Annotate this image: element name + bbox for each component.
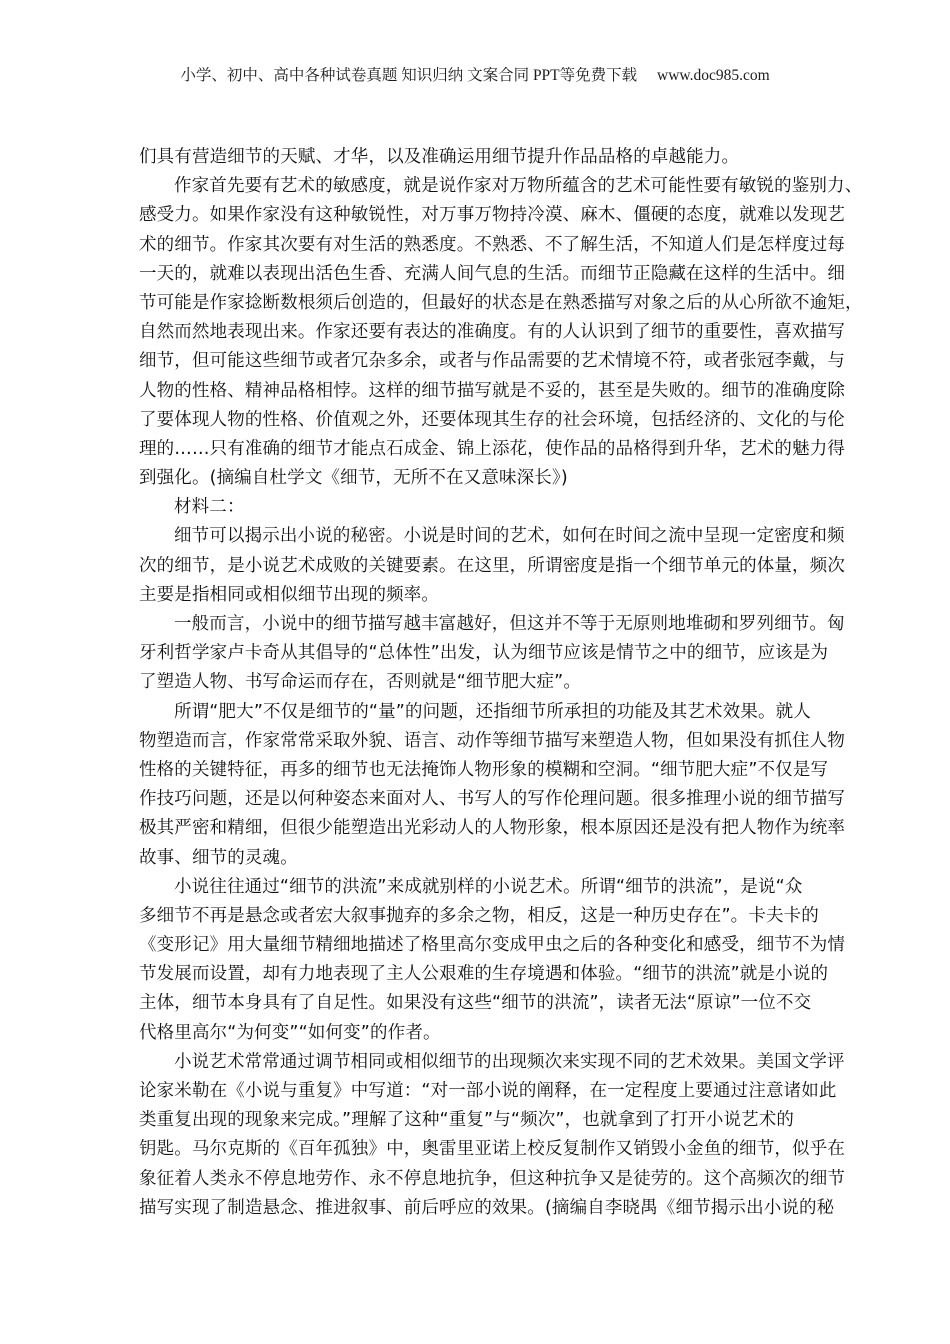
page-header-watermark: 小学、初中、高中各种试卷真题 知识归纳 文案合同 PPT等免费下载 www.do… — [0, 64, 950, 88]
header-site-url: www.doc985.com — [657, 64, 770, 88]
text-line: 次的细节，是小说艺术成败的关键要素。在这里，所谓密度是指一个细节单元的体量，频次 — [139, 552, 851, 581]
text-line: 描写实现了制造悬念、推进叙事、前后呼应的效果。(摘编自李晓禺《细节揭示出小说的秘 — [139, 1194, 851, 1223]
document-page: 小学、初中、高中各种试卷真题 知识归纳 文案合同 PPT等免费下载 www.do… — [0, 0, 950, 1344]
text-line: 节发展而设置，却有力地表现了主人公艰难的生存境遇和体验。“细节的洪流”就是小说的 — [139, 960, 851, 989]
text-line: 自然而然地表现出来。作家还要有表达的准确度。有的人认识到了细节的重要性，喜欢描写 — [139, 318, 851, 347]
text-line: 们具有营造细节的天赋、才华，以及准确运用细节提升作品品格的卓越能力。 — [139, 143, 851, 172]
text-line: 极其严密和精细，但很少能塑造出光彩动人的人物形象，根本原因还是没有把人物作为统率 — [139, 814, 851, 843]
text-line: 到强化。(摘编自杜学文《细节，无所不在又意味深长》) — [139, 464, 851, 493]
text-line: 性格的关键特征，再多的细节也无法掩饰人物形象的模糊和空洞。“细节肥大症”不仅是写 — [139, 756, 851, 785]
text-line: 细节可以揭示出小说的秘密。小说是时间的艺术，如何在时间之流中呈现一定密度和频 — [139, 522, 851, 551]
text-line: 钥匙。马尔克斯的《百年孤独》中，奥雷里亚诺上校反复制作又销毁小金鱼的细节，似乎在 — [139, 1135, 851, 1164]
text-line: 代格里高尔“为何变”“如何变”的作者。 — [139, 1019, 851, 1048]
text-line: 小说往往通过“细节的洪流”来成就别样的小说艺术。所谓“细节的洪流”，是说“众 — [139, 873, 851, 902]
text-line: 主体，细节本身具有了自足性。如果没有这些“细节的洪流”，读者无法“原谅”一位不交 — [139, 989, 851, 1018]
text-line: 小说艺术常常通过调节相同或相似细节的出现频次来实现不同的艺术效果。美国文学评 — [139, 1048, 851, 1077]
text-line: 一般而言，小说中的细节描写越丰富越好，但这并不等于无原则地堆砌和罗列细节。匈 — [139, 610, 851, 639]
text-line: 了要体现人物的性格、价值观之外，还要体现其生存的社会环境，包括经济的、文化的与伦 — [139, 406, 851, 435]
text-line: 牙利哲学家卢卡奇从其倡导的“总体性”出发，认为细节应该是情节之中的细节，应该是为 — [139, 639, 851, 668]
text-line: 论家米勒在《小说与重复》中写道：“对一部小说的阐释，在一定程度上要通过注意诸如此 — [139, 1077, 851, 1106]
text-line: 类重复出现的现象来完成。”理解了这种“重复”与“频次”，也就拿到了打开小说艺术的 — [139, 1106, 851, 1135]
text-line: 理的……只有准确的细节才能点石成金、锦上添花，使作品的品格得到升华，艺术的魅力得 — [139, 435, 851, 464]
text-line: 所谓“肥大”不仅是细节的“量”的问题，还指细节所承担的功能及其艺术效果。就人 — [139, 698, 851, 727]
text-line: 感受力。如果作家没有这种敏锐性，对万事万物持冷漠、麻木、僵硬的态度，就难以发现艺 — [139, 201, 851, 230]
text-line: 节可能是作家捻断数根须后创造的，但最好的状态是在熟悉描写对象之后的从心所欲不逾矩… — [139, 289, 851, 318]
header-services-text: 小学、初中、高中各种试卷真题 知识归纳 文案合同 PPT等免费下载 — [180, 67, 637, 84]
text-line: 物塑造而言，作家常常采取外貌、语言、动作等细节描写来塑造人物，但如果没有抓住人物 — [139, 727, 851, 756]
text-line: 了塑造人物、书写命运而存在，否则就是“细节肥大症”。 — [139, 668, 851, 697]
text-line: 作家首先要有艺术的敏感度，就是说作家对万物所蕴含的艺术可能性要有敏锐的鉴别力、 — [139, 172, 851, 201]
document-body: 们具有营造细节的天赋、才华，以及准确运用细节提升作品品格的卓越能力。作家首先要有… — [139, 143, 851, 1223]
text-line: 材料二： — [139, 493, 851, 522]
text-line: 术的细节。作家其次要有对生活的熟悉度。不熟悉、不了解生活，不知道人们是怎样度过每 — [139, 231, 851, 260]
text-line: 多细节不再是悬念或者宏大叙事抛弃的多余之物，相反，这是一种历史存在”。卡夫卡的 — [139, 902, 851, 931]
text-line: 人物的性格、精神品格相悖。这样的细节描写就是不妥的，甚至是失败的。细节的准确度除 — [139, 377, 851, 406]
text-line: 作技巧问题，还是以何种姿态来面对人、书写人的写作伦理问题。很多推理小说的细节描写 — [139, 785, 851, 814]
text-line: 《变形记》用大量细节精细地描述了格里高尔变成甲虫之后的各种变化和感受，细节不为情 — [139, 931, 851, 960]
text-line: 故事、细节的灵魂。 — [139, 844, 851, 873]
text-line: 象征着人类永不停息地劳作、永不停息地抗争，但这种抗争又是徒劳的。这个高频次的细节 — [139, 1165, 851, 1194]
text-line: 细节，但可能这些细节或者冗杂多余，或者与作品需要的艺术情境不符，或者张冠李戴，与 — [139, 347, 851, 376]
text-line: 一天的，就难以表现出活色生香、充满人间气息的生活。而细节正隐藏在这样的生活中。细 — [139, 260, 851, 289]
text-line: 主要是指相同或相似细节出现的频率。 — [139, 581, 851, 610]
